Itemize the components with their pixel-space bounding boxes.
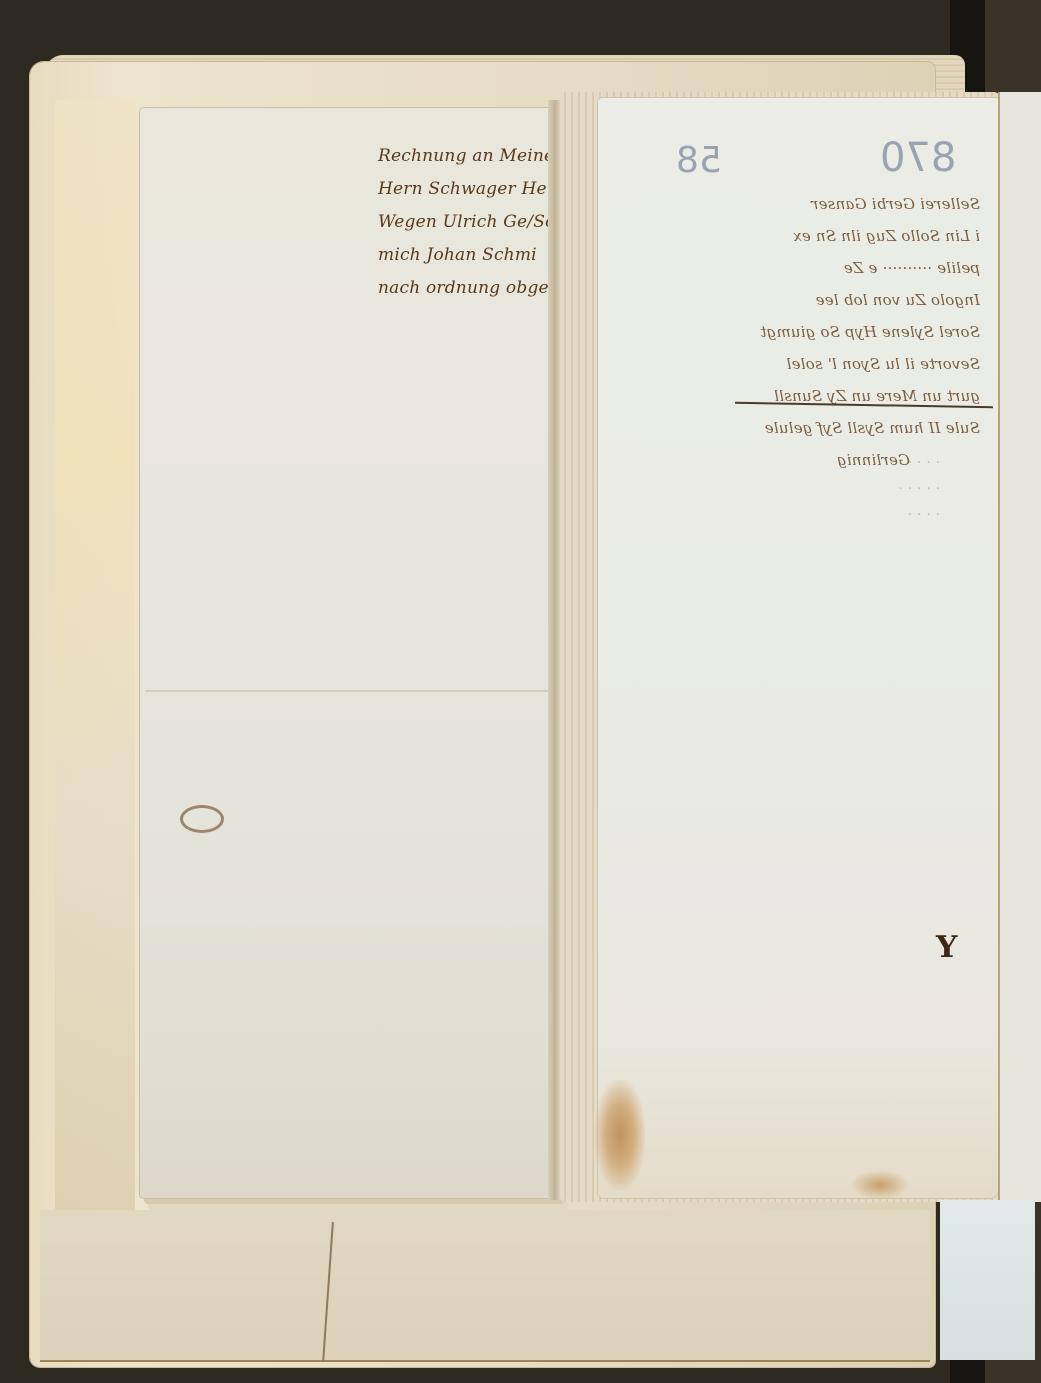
manuscript-line: Sellerei Gerbi Ganser [760, 188, 980, 220]
signature: Gerlinnig [760, 444, 980, 476]
cloth-tab [940, 1200, 1035, 1360]
manuscript-line: Ingolo Zu von lob lee [760, 284, 980, 316]
manuscript-line: Sorel Sylene Hyp So giumgt [760, 316, 980, 348]
page-stack-left-margin [55, 100, 135, 1300]
page-stack-bottom [40, 1210, 930, 1362]
pencil-folio-number: 870 [880, 135, 956, 181]
water-stain [595, 1080, 645, 1190]
pencil-folio-number: 58 [676, 140, 722, 181]
manuscript-line: Hern Schwager Hern [378, 173, 566, 206]
faded-bleedthrough-text: · · · · · · · · · · · · · · · [889, 450, 940, 528]
faded-line: · · · · · · [889, 450, 940, 476]
manuscript-line: Wegen Ulrich Ge/Sol [378, 206, 566, 239]
adjacent-page-edge [998, 92, 1041, 1202]
water-stain [850, 1170, 910, 1200]
fold-line [145, 690, 555, 692]
manuscript-line: nach ordnung obgem [378, 272, 566, 305]
faded-line: · · · · · [889, 476, 940, 502]
manuscript-line: Sevorte il lu Syon l' solel [760, 348, 980, 380]
manuscript-line: Sule II hum Sysll Syf gelule [760, 412, 980, 444]
right-leaf-bleedthrough-text: Sellerei Gerbi Ganser i Lin Sollo Zug il… [760, 188, 980, 476]
left-leaf-text: Rechnung an Meiner Hern Schwager Hern We… [378, 140, 566, 305]
faded-line: · · · · [889, 502, 940, 528]
manuscript-line: Rechnung an Meiner [378, 140, 566, 173]
manuscript-line: pelile ·········· e Ze [760, 252, 980, 284]
manuscript-line: mich Johan Schmi [378, 239, 566, 272]
manuscript-line: i Lin Sollo Zug iln Sn ex [760, 220, 980, 252]
margin-mark: Y [936, 930, 957, 965]
ink-stain [180, 805, 224, 833]
